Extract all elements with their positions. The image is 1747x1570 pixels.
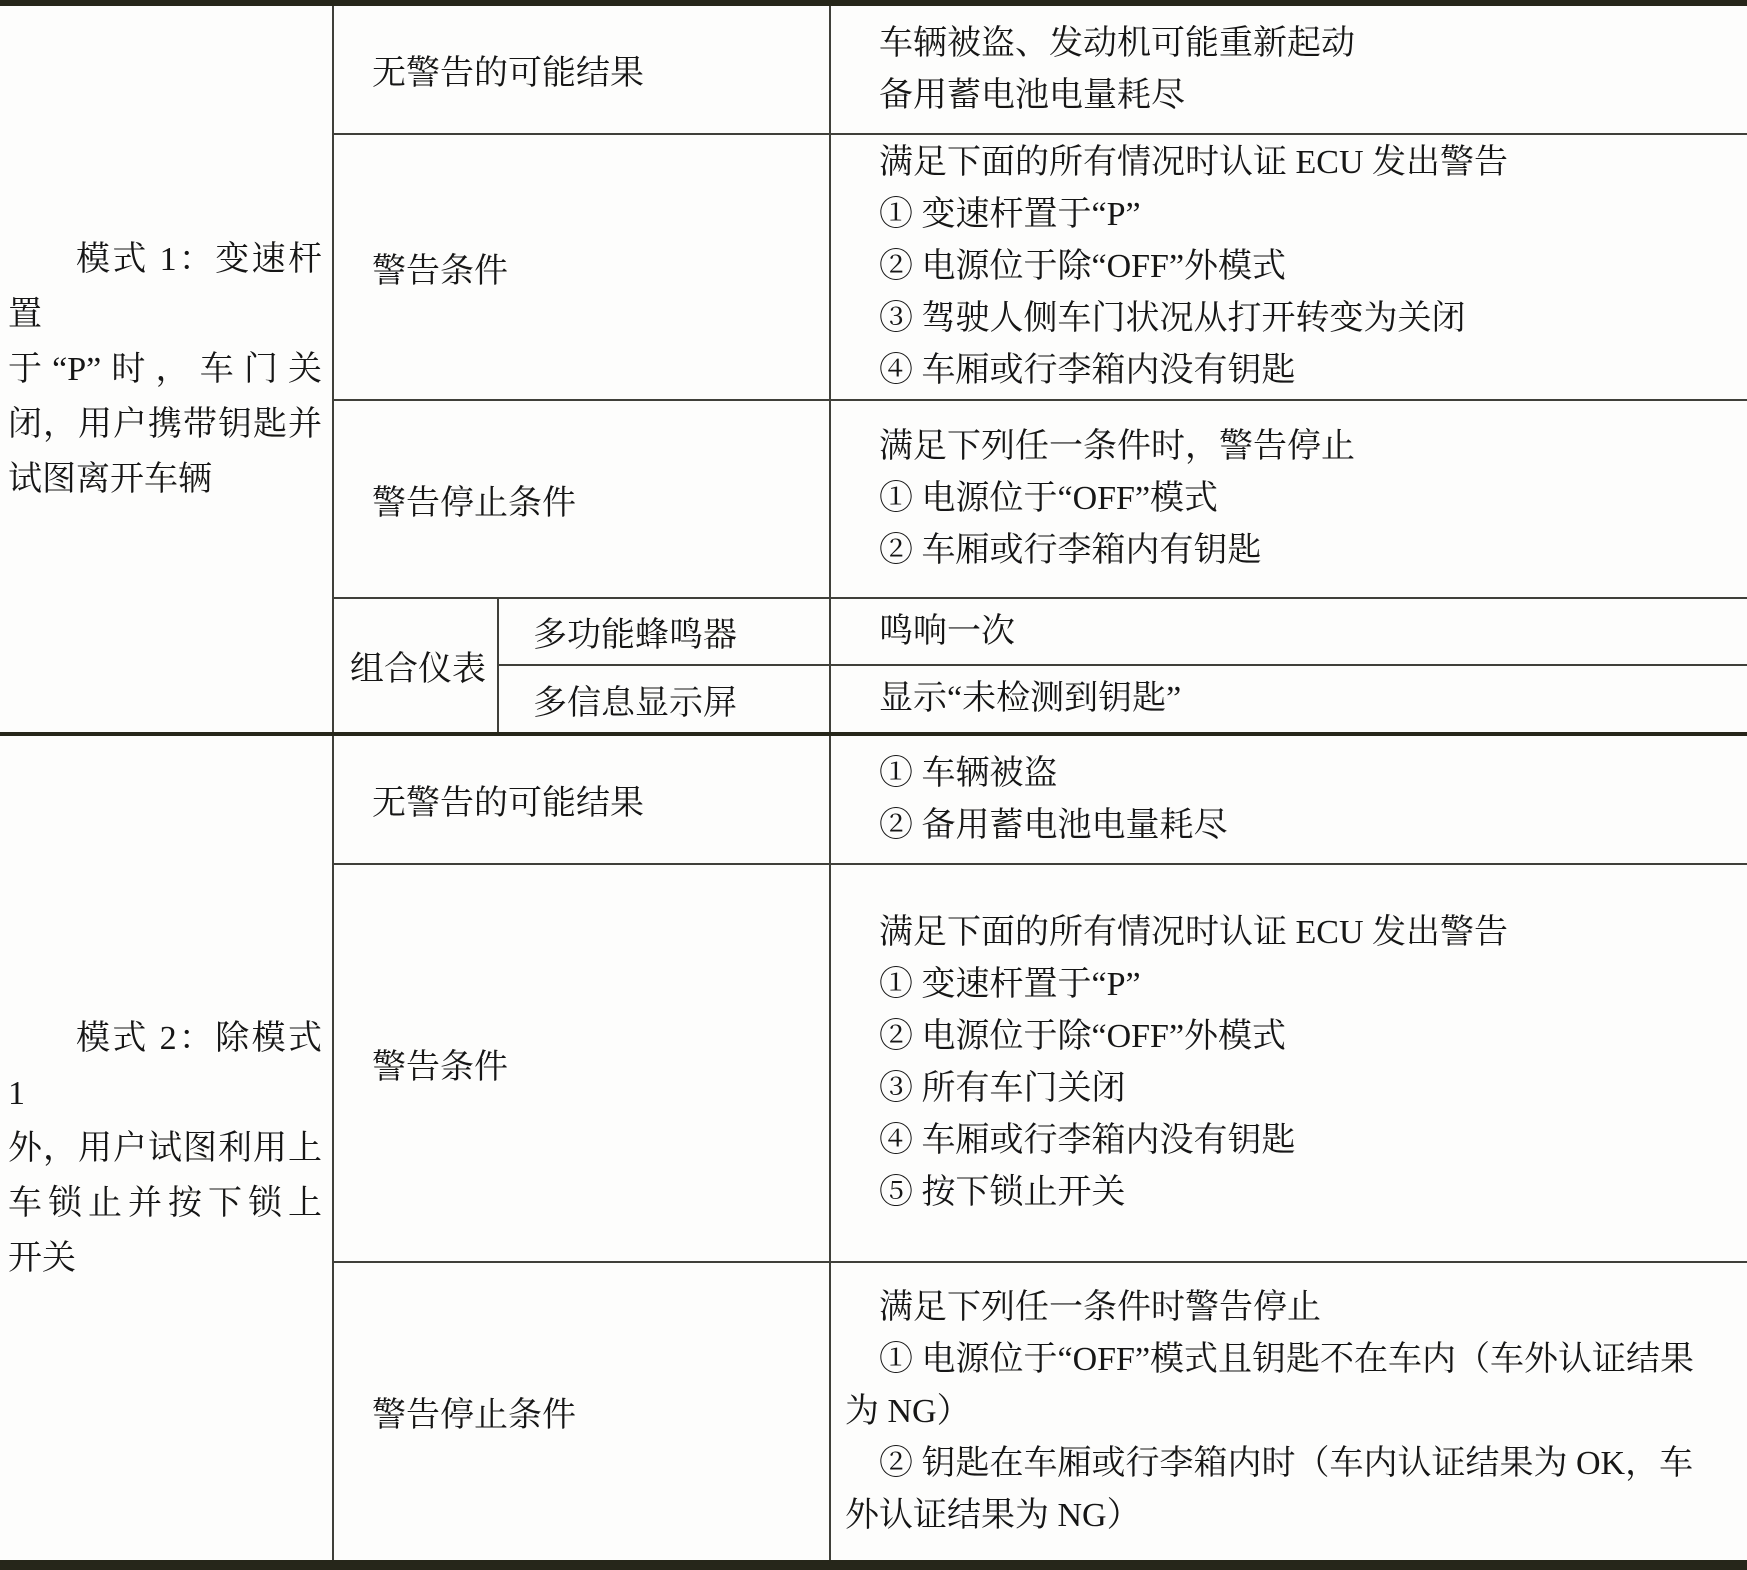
mode1-warning-condition-content: 满足下面的所有情况时认证 ECU 发出警告 ① 变速杆置于“P” ② 电源位于除… — [829, 133, 1747, 399]
mode1-no-warning-label: 无警告的可能结果 — [332, 6, 829, 133]
mode2-side-line: 外，用户试图利用上 — [8, 1121, 322, 1176]
content-line: ② 车厢或行李箱内有钥匙 — [845, 525, 1721, 577]
row-label-text: 警告停止条件 — [372, 1387, 576, 1436]
content-line: ② 电源位于除“OFF”外模式 — [845, 1011, 1721, 1063]
content-line: 显示“未检测到钥匙” — [845, 673, 1721, 725]
mode2-section: 模式 2：除模式 1 外，用户试图利用上 车锁止并按下锁上 开关 无警告的可能结… — [0, 732, 1747, 1560]
mode2-warning-condition-label: 警告条件 — [332, 863, 829, 1261]
sub-row-label-text: 多信息显示屏 — [533, 675, 737, 724]
content-line: ③ 所有车门关闭 — [845, 1063, 1721, 1115]
mode2-no-warning-content: ① 车辆被盗 ② 备用蓄电池电量耗尽 — [829, 736, 1747, 863]
mode1-side-line: 闭，用户携带钥匙并 — [8, 397, 322, 452]
content-line: 鸣响一次 — [845, 606, 1721, 658]
mode1-side-line: 模式 1：变速杆置 — [8, 232, 322, 342]
row-label-text: 警告条件 — [372, 243, 508, 292]
content-line: ① 变速杆置于“P” — [845, 189, 1721, 241]
content-line: ① 车辆被盗 — [845, 748, 1721, 800]
mode2-side-line: 开关 — [8, 1231, 322, 1286]
mode1-side-line: 试图离开车辆 — [8, 452, 322, 507]
content-line: ② 电源位于除“OFF”外模式 — [845, 241, 1721, 293]
content-line: 满足下列任一条件时，警告停止 — [845, 421, 1721, 473]
mode1-buzzer-label: 多功能蜂鸣器 — [497, 597, 829, 664]
mode1-warning-condition-label: 警告条件 — [332, 133, 829, 399]
row-label-text: 无警告的可能结果 — [372, 775, 644, 824]
sub-row-label-text: 多功能蜂鸣器 — [533, 607, 737, 656]
content-line: ⑤ 按下锁止开关 — [845, 1167, 1721, 1219]
content-line: ① 变速杆置于“P” — [845, 959, 1721, 1011]
content-line: ③ 驾驶人侧车门状况从打开转变为关闭 — [845, 293, 1721, 345]
mode1-display-label: 多信息显示屏 — [497, 664, 829, 732]
mode2-side-line: 模式 2：除模式 1 — [8, 1011, 322, 1121]
content-line: 备用蓄电池电量耗尽 — [845, 70, 1721, 122]
mode1-no-warning-content: 车辆被盗、发动机可能重新起动 备用蓄电池电量耗尽 — [829, 6, 1747, 133]
mode1-section: 模式 1：变速杆置 于“P”时，车门关 闭，用户携带钥匙并 试图离开车辆 无警告… — [0, 6, 1747, 732]
table-bottom-rule — [0, 1560, 1747, 1570]
content-line: ④ 车厢或行李箱内没有钥匙 — [845, 345, 1721, 397]
mode1-buzzer-value: 鸣响一次 — [829, 597, 1747, 664]
content-line: 满足下列任一条件时警告停止 — [845, 1282, 1721, 1334]
content-line: ① 电源位于“OFF”模式 — [845, 473, 1721, 525]
mode1-display-value: 显示“未检测到钥匙” — [829, 664, 1747, 732]
mode1-side-line: 于“P”时，车门关 — [8, 342, 322, 397]
mode2-no-warning-label: 无警告的可能结果 — [332, 736, 829, 863]
content-line: 满足下面的所有情况时认证 ECU 发出警告 — [845, 137, 1721, 189]
mode1-warning-stop-label: 警告停止条件 — [332, 399, 829, 597]
mode2-side-line: 车锁止并按下锁上 — [8, 1176, 322, 1231]
mode2-warning-stop-content: 满足下列任一条件时警告停止 ① 电源位于“OFF”模式且钥匙不在车内（车外认证结… — [829, 1261, 1747, 1560]
row-label-text: 组合仪表 — [350, 641, 486, 690]
row-label-text: 无警告的可能结果 — [372, 45, 644, 94]
mode2-side-cell: 模式 2：除模式 1 外，用户试图利用上 车锁止并按下锁上 开关 — [0, 736, 332, 1560]
mode1-warning-stop-content: 满足下列任一条件时，警告停止 ① 电源位于“OFF”模式 ② 车厢或行李箱内有钥… — [829, 399, 1747, 597]
row-label-text: 警告停止条件 — [372, 475, 576, 524]
mode2-warning-stop-label: 警告停止条件 — [332, 1261, 829, 1560]
mode1-side-cell: 模式 1：变速杆置 于“P”时，车门关 闭，用户携带钥匙并 试图离开车辆 — [0, 6, 332, 732]
content-line: ② 备用蓄电池电量耗尽 — [845, 800, 1721, 852]
mode2-warning-condition-content: 满足下面的所有情况时认证 ECU 发出警告 ① 变速杆置于“P” ② 电源位于除… — [829, 863, 1747, 1261]
content-line: 满足下面的所有情况时认证 ECU 发出警告 — [845, 907, 1721, 959]
content-line: ④ 车厢或行李箱内没有钥匙 — [845, 1115, 1721, 1167]
mode1-cluster-label: 组合仪表 — [332, 597, 497, 732]
content-line: ① 电源位于“OFF”模式且钥匙不在车内（车外认证结果为 NG） — [845, 1334, 1721, 1438]
content-line: ② 钥匙在车厢或行李箱内时（车内认证结果为 OK，车外认证结果为 NG） — [845, 1438, 1721, 1542]
document-page: 模式 1：变速杆置 于“P”时，车门关 闭，用户携带钥匙并 试图离开车辆 无警告… — [0, 0, 1747, 1570]
content-line: 车辆被盗、发动机可能重新起动 — [845, 18, 1721, 70]
row-label-text: 警告条件 — [372, 1039, 508, 1088]
